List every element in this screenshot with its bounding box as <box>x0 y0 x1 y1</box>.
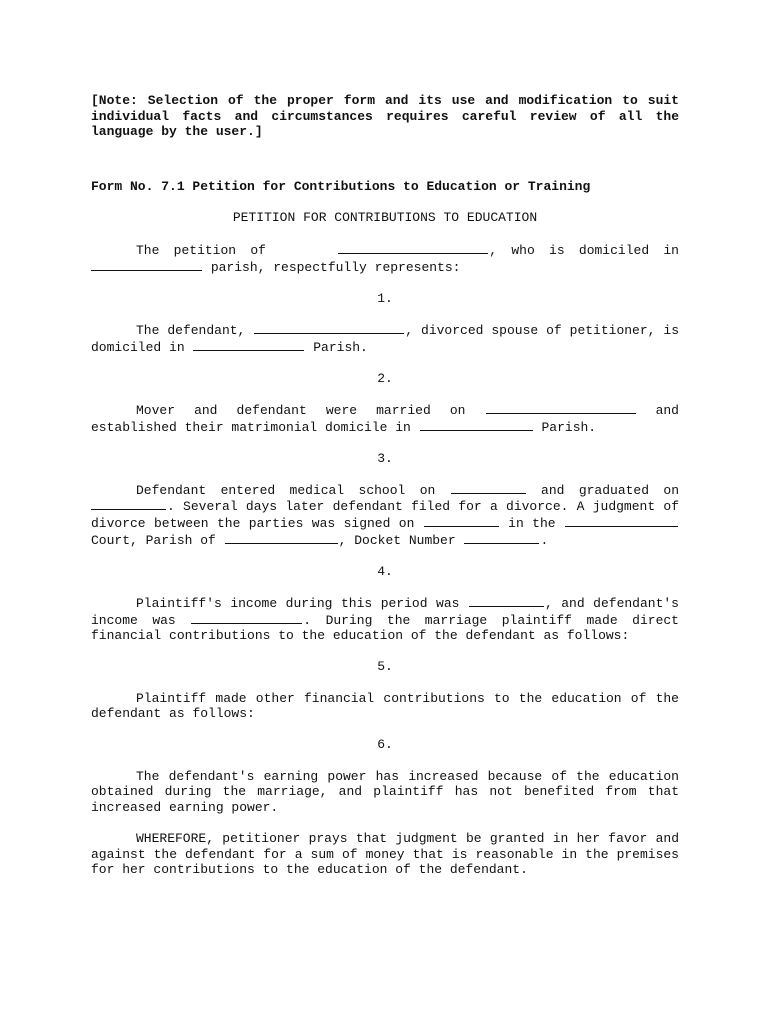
section-1-text: The defendant, <box>136 323 245 338</box>
section-3-text: Defendant entered medical school on <box>136 483 435 498</box>
section-3-text: , Docket Number <box>339 533 456 548</box>
intro-text-1: The petition of <box>136 243 266 258</box>
form-title: Form No. 7.1 Petition for Contributions … <box>91 179 679 195</box>
matrimonial-parish-blank[interactable] <box>420 419 533 431</box>
section-2-text: Parish. <box>541 420 596 435</box>
section-1-paragraph: The defendant, , divorced spouse of peti… <box>91 322 679 355</box>
defendant-parish-blank[interactable] <box>193 339 304 351</box>
section-3-text: and graduated on <box>541 483 679 498</box>
section-6-paragraph: The defendant's earning power has increa… <box>91 769 679 816</box>
intro-paragraph: The petition of , who is domiciled in pa… <box>91 242 679 275</box>
defendant-income-blank[interactable] <box>191 612 302 624</box>
section-2-text: Mover and defendant were married on <box>136 403 465 418</box>
court-name-blank[interactable] <box>565 515 678 527</box>
section-2-paragraph: Mover and defendant were married on and … <box>91 402 679 435</box>
section-3-paragraph: Defendant entered medical school on and … <box>91 482 679 548</box>
section-number: 4. <box>91 564 679 580</box>
section-3-text: . <box>540 533 548 548</box>
petitioner-name-blank[interactable] <box>338 242 488 254</box>
docket-number-blank[interactable] <box>464 532 539 544</box>
section-4-paragraph: Plaintiff's income during this period wa… <box>91 595 679 644</box>
section-3-text: Court, Parish of <box>91 533 216 548</box>
petitioner-parish-blank[interactable] <box>91 259 202 271</box>
section-number: 1. <box>91 291 679 307</box>
intro-text-2: , who is domiciled in <box>489 243 679 258</box>
section-4-text: Plaintiff's income during this period wa… <box>136 596 459 611</box>
section-5-paragraph: Plaintiff made other financial contribut… <box>91 691 679 722</box>
document-title: PETITION FOR CONTRIBUTIONS TO EDUCATION <box>91 210 679 226</box>
marriage-date-blank[interactable] <box>486 402 636 414</box>
usage-note: [Note: Selection of the proper form and … <box>91 93 679 140</box>
defendant-name-blank[interactable] <box>254 322 404 334</box>
section-number: 2. <box>91 371 679 387</box>
section-4-text: . During the marriage plaintiff made dir… <box>91 613 679 644</box>
intro-text-3: parish, respectfully represents: <box>211 260 461 275</box>
plaintiff-income-blank[interactable] <box>469 595 544 607</box>
graduation-date-blank[interactable] <box>91 498 166 510</box>
school-entry-date-blank[interactable] <box>451 482 526 494</box>
section-number: 3. <box>91 451 679 467</box>
court-parish-blank[interactable] <box>225 532 338 544</box>
section-number: 5. <box>91 659 679 675</box>
judgment-date-blank[interactable] <box>424 515 499 527</box>
section-1-text: Parish. <box>313 340 368 355</box>
prayer-paragraph: WHEREFORE, petitioner prays that judgmen… <box>91 831 679 878</box>
section-3-text: in the <box>508 516 555 531</box>
section-number: 6. <box>91 737 679 753</box>
document-page: [Note: Selection of the proper form and … <box>91 93 679 878</box>
